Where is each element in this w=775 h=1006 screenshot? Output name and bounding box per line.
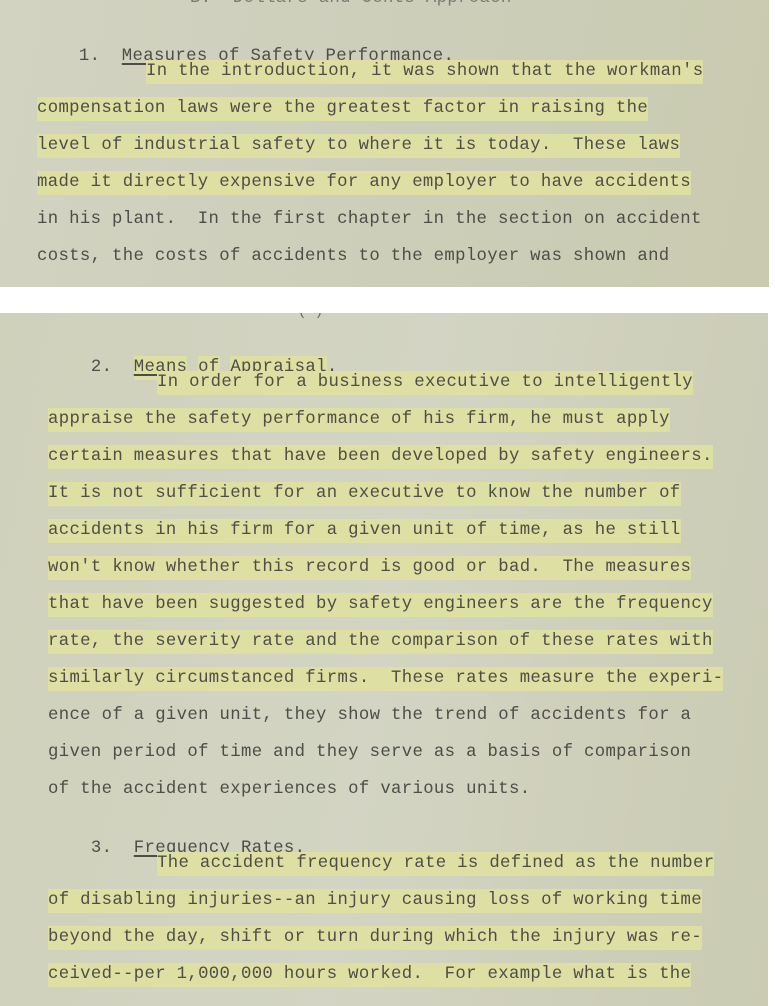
text-line: accidents in his firm for a given unit o… <box>48 520 681 542</box>
highlighted-text: In order for a business executive to int… <box>157 371 693 395</box>
text-line: similarly circumstanced firms. These rat… <box>48 668 723 690</box>
highlighted-text: that have been suggested by safety engin… <box>48 593 713 617</box>
text-line: In order for a business executive to int… <box>157 372 693 394</box>
text-line: ence of a given unit, they show the tren… <box>48 705 691 727</box>
text-line: certain measures that have been develope… <box>48 446 713 468</box>
scanned-page-1: B. Dollars and Cents Approach 1. Measure… <box>0 0 769 287</box>
highlighted-text: made it directly expensive for any emplo… <box>37 171 691 195</box>
cut-heading: B. Dollars and Cents Approach <box>190 0 512 10</box>
text-line: of disabling injuries--an injury causing… <box>48 890 702 912</box>
text-line: In the introduction, it was shown that t… <box>146 61 703 83</box>
text-line: given period of time and they serve as a… <box>48 742 691 764</box>
text-line: that have been suggested by safety engin… <box>48 594 713 616</box>
text-line: level of industrial safety to where it i… <box>37 135 680 157</box>
highlighted-text: certain measures that have been develope… <box>48 445 713 469</box>
text-line: rate, the severity rate and the comparis… <box>48 631 713 653</box>
text-line: appraise the safety performance of his f… <box>48 409 670 431</box>
page-mark: ( ) <box>298 313 323 320</box>
section-number: 2. <box>91 358 112 377</box>
highlighted-text: of disabling injuries--an injury causing… <box>48 889 702 913</box>
highlighted-text: compensation laws were the greatest fact… <box>37 97 648 121</box>
scanned-page-2: ( ) 2. Means of Appraisal. In order for … <box>0 313 768 1006</box>
highlighted-text: similarly circumstanced firms. These rat… <box>48 667 723 691</box>
highlighted-text: The accident frequency rate is defined a… <box>157 852 714 876</box>
text-line: It is not sufficient for an executive to… <box>48 483 681 505</box>
highlighted-text: appraise the safety performance of his f… <box>48 408 670 432</box>
section-number: 1. <box>79 47 100 66</box>
highlighted-text: In the introduction, it was shown that t… <box>146 60 703 84</box>
highlighted-text: won't know whether this record is good o… <box>48 556 691 580</box>
highlighted-text: beyond the day, shift or turn during whi… <box>48 926 702 950</box>
text-line: of the accident experiences of various u… <box>48 779 530 801</box>
highlighted-text: rate, the severity rate and the comparis… <box>48 630 713 654</box>
text-line: beyond the day, shift or turn during whi… <box>48 927 702 949</box>
text-line: in his plant. In the first chapter in th… <box>37 209 702 231</box>
text-line: compensation laws were the greatest fact… <box>37 98 648 120</box>
text-line: The accident frequency rate is defined a… <box>157 853 714 875</box>
highlighted-text: level of industrial safety to where it i… <box>37 134 680 158</box>
highlighted-text: It is not sufficient for an executive to… <box>48 482 681 506</box>
section-number: 3. <box>91 839 112 858</box>
text-line: made it directly expensive for any emplo… <box>37 172 691 194</box>
text-line: ceived--per 1,000,000 hours worked. For … <box>48 964 691 986</box>
text-line: costs, the costs of accidents to the emp… <box>37 246 670 268</box>
highlighted-text: accidents in his firm for a given unit o… <box>48 519 681 543</box>
text-line: won't know whether this record is good o… <box>48 557 691 579</box>
highlighted-text: ceived--per 1,000,000 hours worked. For … <box>48 963 691 987</box>
